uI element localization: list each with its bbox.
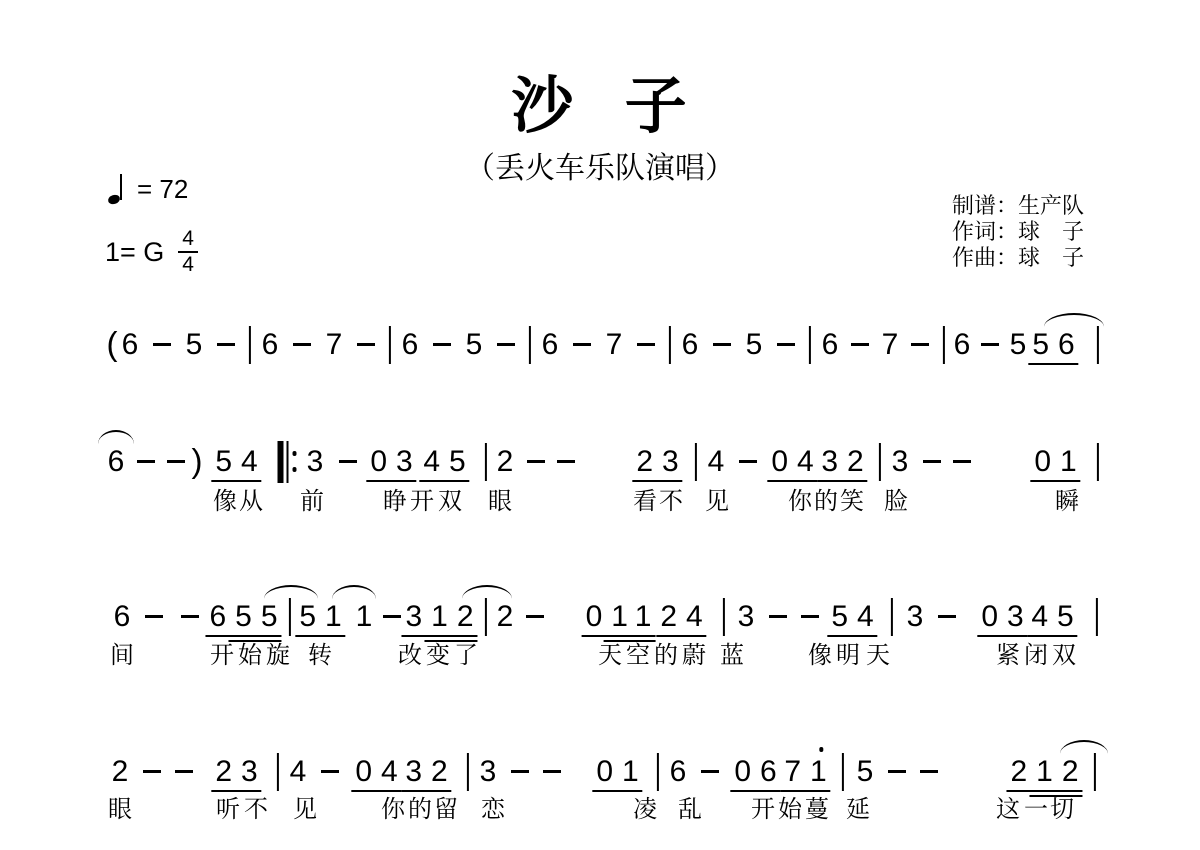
note-token: 2 xyxy=(112,755,129,789)
duration-dash xyxy=(137,460,155,463)
note-token: 4 xyxy=(290,755,307,789)
duration-dash xyxy=(527,460,545,463)
note-token: 04 xyxy=(353,755,408,789)
lyric-syllable: 一 xyxy=(1024,796,1048,824)
beam-underline xyxy=(1030,480,1080,482)
lyric-syllable: 凌 xyxy=(633,796,657,824)
duration-dash xyxy=(953,460,971,463)
duration-dash xyxy=(888,770,906,773)
barline xyxy=(842,753,844,791)
duration-dash xyxy=(181,615,199,618)
note-token: 312 xyxy=(403,600,484,634)
note-token: 5 xyxy=(466,328,483,362)
lyric-syllable: 变 xyxy=(426,642,450,670)
lyric-syllable: 蓝 xyxy=(720,642,744,670)
note-token: 6 xyxy=(114,600,131,634)
beam-underline xyxy=(1006,790,1082,792)
lyric-syllable: 看 xyxy=(633,488,657,516)
duration-dash xyxy=(383,615,401,618)
repeat-thin-bar xyxy=(287,441,289,483)
beam-underline xyxy=(419,480,469,482)
duration-dash xyxy=(801,615,819,618)
beam-underline xyxy=(295,635,345,637)
lyric-syllable: 笑 xyxy=(840,488,864,516)
note-token: 01 xyxy=(594,755,649,789)
lyric-syllable: 睁 xyxy=(383,488,407,516)
duration-dash xyxy=(573,343,591,346)
lyric-syllable: 的 xyxy=(814,488,838,516)
lyric-syllable: 像 xyxy=(213,488,237,516)
lyrics-row: 间开始旋转改变了天空的蔚蓝像明天紧闭双 xyxy=(0,642,1200,682)
duration-dash xyxy=(938,615,956,618)
note-token: 3 xyxy=(907,600,924,634)
lyric-syllable: 见 xyxy=(293,796,317,824)
lyric-syllable: 不 xyxy=(659,488,683,516)
note-token: ( xyxy=(107,327,118,361)
barline xyxy=(1097,443,1099,481)
lyric-syllable: 像 xyxy=(808,642,832,670)
note-token: 1 xyxy=(356,600,373,634)
note-token: 7 xyxy=(882,328,899,362)
lyric-syllable: 乱 xyxy=(678,796,702,824)
note-token: 011 xyxy=(584,600,663,634)
lyric-syllable: 开 xyxy=(751,796,775,824)
barline xyxy=(289,598,291,636)
tie-arc xyxy=(1044,313,1104,327)
quarter-note-icon xyxy=(108,173,123,205)
note-token: 5 xyxy=(857,755,874,789)
note-token: 32 xyxy=(819,445,874,479)
duration-dash xyxy=(497,343,515,346)
lyric-syllable: 蔚 xyxy=(682,642,706,670)
notation-row: (6567656765676556 xyxy=(0,328,1200,368)
note-token: 54 xyxy=(213,445,268,479)
credit-lyricist: 作词：球 子 xyxy=(952,219,1084,245)
barline xyxy=(891,598,893,636)
octave-dot xyxy=(819,747,824,752)
note-token: 3 xyxy=(738,600,755,634)
note-token: 6 xyxy=(670,755,687,789)
beam-underline xyxy=(1028,363,1078,365)
notation-row: 665551131220112435430345 xyxy=(0,600,1200,640)
lyric-syllable: 瞬 xyxy=(1055,488,1079,516)
repeat-thick-bar xyxy=(278,441,284,483)
duration-dash xyxy=(175,770,193,773)
note-token: 45 xyxy=(1029,600,1084,634)
duration-dash xyxy=(923,460,941,463)
barline xyxy=(879,443,881,481)
note-token: 54 xyxy=(829,600,884,634)
note-token: 4 xyxy=(708,445,725,479)
barline xyxy=(1097,326,1099,364)
note-token: 6 xyxy=(682,328,699,362)
lyric-syllable: 前 xyxy=(300,488,324,516)
beam-underline xyxy=(366,480,416,482)
lyric-syllable: 始 xyxy=(238,642,262,670)
lyric-syllable: 你 xyxy=(381,796,405,824)
note-token: 655 xyxy=(207,600,288,634)
lyric-syllable: 切 xyxy=(1050,796,1074,824)
beam-underline xyxy=(211,480,261,482)
lyric-syllable: 旋 xyxy=(266,642,290,670)
lyric-syllable: 恋 xyxy=(481,796,505,824)
duration-dash xyxy=(511,770,529,773)
lyric-syllable: 明 xyxy=(836,642,860,670)
duration-dash xyxy=(637,343,655,346)
note-token: 5 xyxy=(746,328,763,362)
note-token: 6 xyxy=(542,328,559,362)
note-token: 32 xyxy=(403,755,458,789)
lyric-syllable: 听 xyxy=(216,796,240,824)
beam-underline xyxy=(205,635,281,637)
beam-underline xyxy=(767,480,817,482)
lyric-syllable: 眼 xyxy=(488,488,512,516)
notation-row: 22340432301606715212 xyxy=(0,755,1200,795)
duration-dash xyxy=(526,615,544,618)
time-signature: 4 4 xyxy=(178,228,198,276)
repeat-sign xyxy=(278,441,297,483)
note-token: 5 xyxy=(186,328,203,362)
lyric-syllable: 改 xyxy=(398,642,422,670)
note-token: 3 xyxy=(307,445,324,479)
duration-dash xyxy=(920,770,938,773)
lyric-syllable: 天 xyxy=(866,642,890,670)
barline xyxy=(669,326,671,364)
note-token: 01 xyxy=(1032,445,1087,479)
lyric-syllable: 的 xyxy=(408,796,432,824)
beam-underline xyxy=(351,790,401,792)
lyric-syllable: 延 xyxy=(846,796,870,824)
beam-underline xyxy=(817,480,867,482)
lyric-syllable: 留 xyxy=(434,796,458,824)
barline xyxy=(467,753,469,791)
duration-dash xyxy=(321,770,339,773)
lyric-syllable: 蔓 xyxy=(805,796,829,824)
note-token: 03 xyxy=(979,600,1034,634)
note-token: 71 xyxy=(782,755,837,789)
duration-dash xyxy=(701,770,719,773)
note-token: 6 xyxy=(954,328,971,362)
duration-dash xyxy=(911,343,929,346)
lyric-syllable: 开 xyxy=(410,488,434,516)
note-token: 24 xyxy=(658,600,713,634)
note-token: 45 xyxy=(421,445,476,479)
duration-dash xyxy=(217,343,235,346)
beam-underline xyxy=(656,635,706,637)
lyric-syllable: 闭 xyxy=(1024,642,1048,670)
lyric-syllable: 双 xyxy=(438,488,462,516)
barline xyxy=(277,753,279,791)
note-token: 23 xyxy=(634,445,689,479)
note-token: 23 xyxy=(213,755,268,789)
note-token: 3 xyxy=(480,755,497,789)
notation-row: 6)543034522340432301 xyxy=(0,445,1200,485)
beam-underline xyxy=(582,635,656,637)
duration-dash xyxy=(713,343,731,346)
lyric-syllable: 这 xyxy=(996,796,1020,824)
credits: 制谱：生产队 作词：球 子 作曲：球 子 xyxy=(952,193,1084,271)
lyric-syllable: 脸 xyxy=(884,488,908,516)
duration-dash xyxy=(543,770,561,773)
key-value: 1= G xyxy=(105,237,164,268)
repeat-dot xyxy=(292,451,297,456)
note-token: 7 xyxy=(606,328,623,362)
barline xyxy=(657,753,659,791)
lyric-syllable: 你 xyxy=(788,488,812,516)
barline xyxy=(249,326,251,364)
duration-dash xyxy=(851,343,869,346)
beam-underline xyxy=(401,635,477,637)
note-token: 2 xyxy=(497,445,514,479)
barline xyxy=(529,326,531,364)
tempo-marking: = 72 xyxy=(108,172,188,206)
note-token: 7 xyxy=(326,328,343,362)
lyric-syllable: 始 xyxy=(778,796,802,824)
duration-dash xyxy=(153,343,171,346)
lyric-syllable: 双 xyxy=(1052,642,1076,670)
tie-arc xyxy=(1060,740,1108,754)
beam-underline xyxy=(977,635,1027,637)
note-token: 6 xyxy=(122,328,139,362)
barline xyxy=(389,326,391,364)
duration-dash xyxy=(557,460,575,463)
lyric-syllable: 开 xyxy=(210,642,234,670)
tie-arc xyxy=(98,430,134,444)
lyric-syllable: 见 xyxy=(705,488,729,516)
duration-dash xyxy=(433,343,451,346)
beam-underline xyxy=(780,790,830,792)
note-token: 56 xyxy=(1030,328,1085,362)
barline xyxy=(943,326,945,364)
barline xyxy=(809,326,811,364)
note-token: 6 xyxy=(262,328,279,362)
note-token: 51 xyxy=(297,600,352,634)
beam-underline xyxy=(401,790,451,792)
lyric-syllable: 空 xyxy=(626,642,650,670)
duration-dash xyxy=(357,343,375,346)
duration-dash xyxy=(143,770,161,773)
lyric-syllable: 间 xyxy=(110,642,134,670)
lyric-syllable: 眼 xyxy=(108,796,132,824)
duration-dash xyxy=(145,615,163,618)
duration-dash xyxy=(739,460,757,463)
tempo-value: = 72 xyxy=(137,174,188,205)
beam-underline xyxy=(827,635,877,637)
lyric-syllable: 天 xyxy=(598,642,622,670)
barline xyxy=(485,598,487,636)
barline xyxy=(1094,753,1096,791)
note-token: 06 xyxy=(732,755,787,789)
barline xyxy=(695,443,697,481)
credit-composer: 作曲：球 子 xyxy=(952,245,1084,271)
duration-dash xyxy=(777,343,795,346)
tie-arc xyxy=(332,585,376,599)
lyrics-row: 眼听不见你的留恋凌乱开始蔓延这一切 xyxy=(0,796,1200,836)
lyric-syllable: 转 xyxy=(308,642,332,670)
duration-dash xyxy=(339,460,357,463)
duration-dash xyxy=(769,615,787,618)
beam-underline xyxy=(1027,635,1077,637)
note-token: 03 xyxy=(368,445,423,479)
note-token: 6 xyxy=(108,445,125,479)
duration-dash xyxy=(167,460,185,463)
lyric-syllable: 紧 xyxy=(996,642,1020,670)
duration-dash xyxy=(981,343,999,346)
tie-arc xyxy=(264,585,318,599)
note-token: ) xyxy=(192,444,203,478)
sheet-music-page: 沙 子 （丢火车乐队演唱） = 72 1= G 4 4 制谱：生产队 作词：球 … xyxy=(0,0,1200,850)
note-token: 04 xyxy=(769,445,824,479)
barline xyxy=(1096,598,1098,636)
tie-arc xyxy=(462,585,512,599)
repeat-dot xyxy=(292,467,297,472)
duration-dash xyxy=(293,343,311,346)
note-token: 6 xyxy=(402,328,419,362)
note-token: 3 xyxy=(892,445,909,479)
note-token: 5 xyxy=(1010,328,1027,362)
time-signature-top: 4 xyxy=(178,228,198,251)
lyrics-row: 像从前睁开双眼看不见你的笑脸瞬 xyxy=(0,488,1200,528)
key-signature: 1= G 4 4 xyxy=(105,228,198,276)
time-signature-bottom: 4 xyxy=(178,251,198,276)
beam-underline xyxy=(592,790,642,792)
lyric-syllable: 从 xyxy=(239,488,263,516)
lyric-syllable: 不 xyxy=(244,796,268,824)
beam-underline xyxy=(632,480,682,482)
barline xyxy=(723,598,725,636)
barline xyxy=(485,443,487,481)
beam-underline xyxy=(211,790,261,792)
credit-arranger: 制谱：生产队 xyxy=(952,193,1084,219)
song-title: 沙 子 xyxy=(0,56,1200,145)
note-token: 2 xyxy=(497,600,514,634)
beam-underline xyxy=(730,790,780,792)
note-token: 6 xyxy=(822,328,839,362)
lyric-syllable: 的 xyxy=(654,642,678,670)
note-token: 212 xyxy=(1008,755,1089,789)
lyric-syllable: 了 xyxy=(454,642,478,670)
